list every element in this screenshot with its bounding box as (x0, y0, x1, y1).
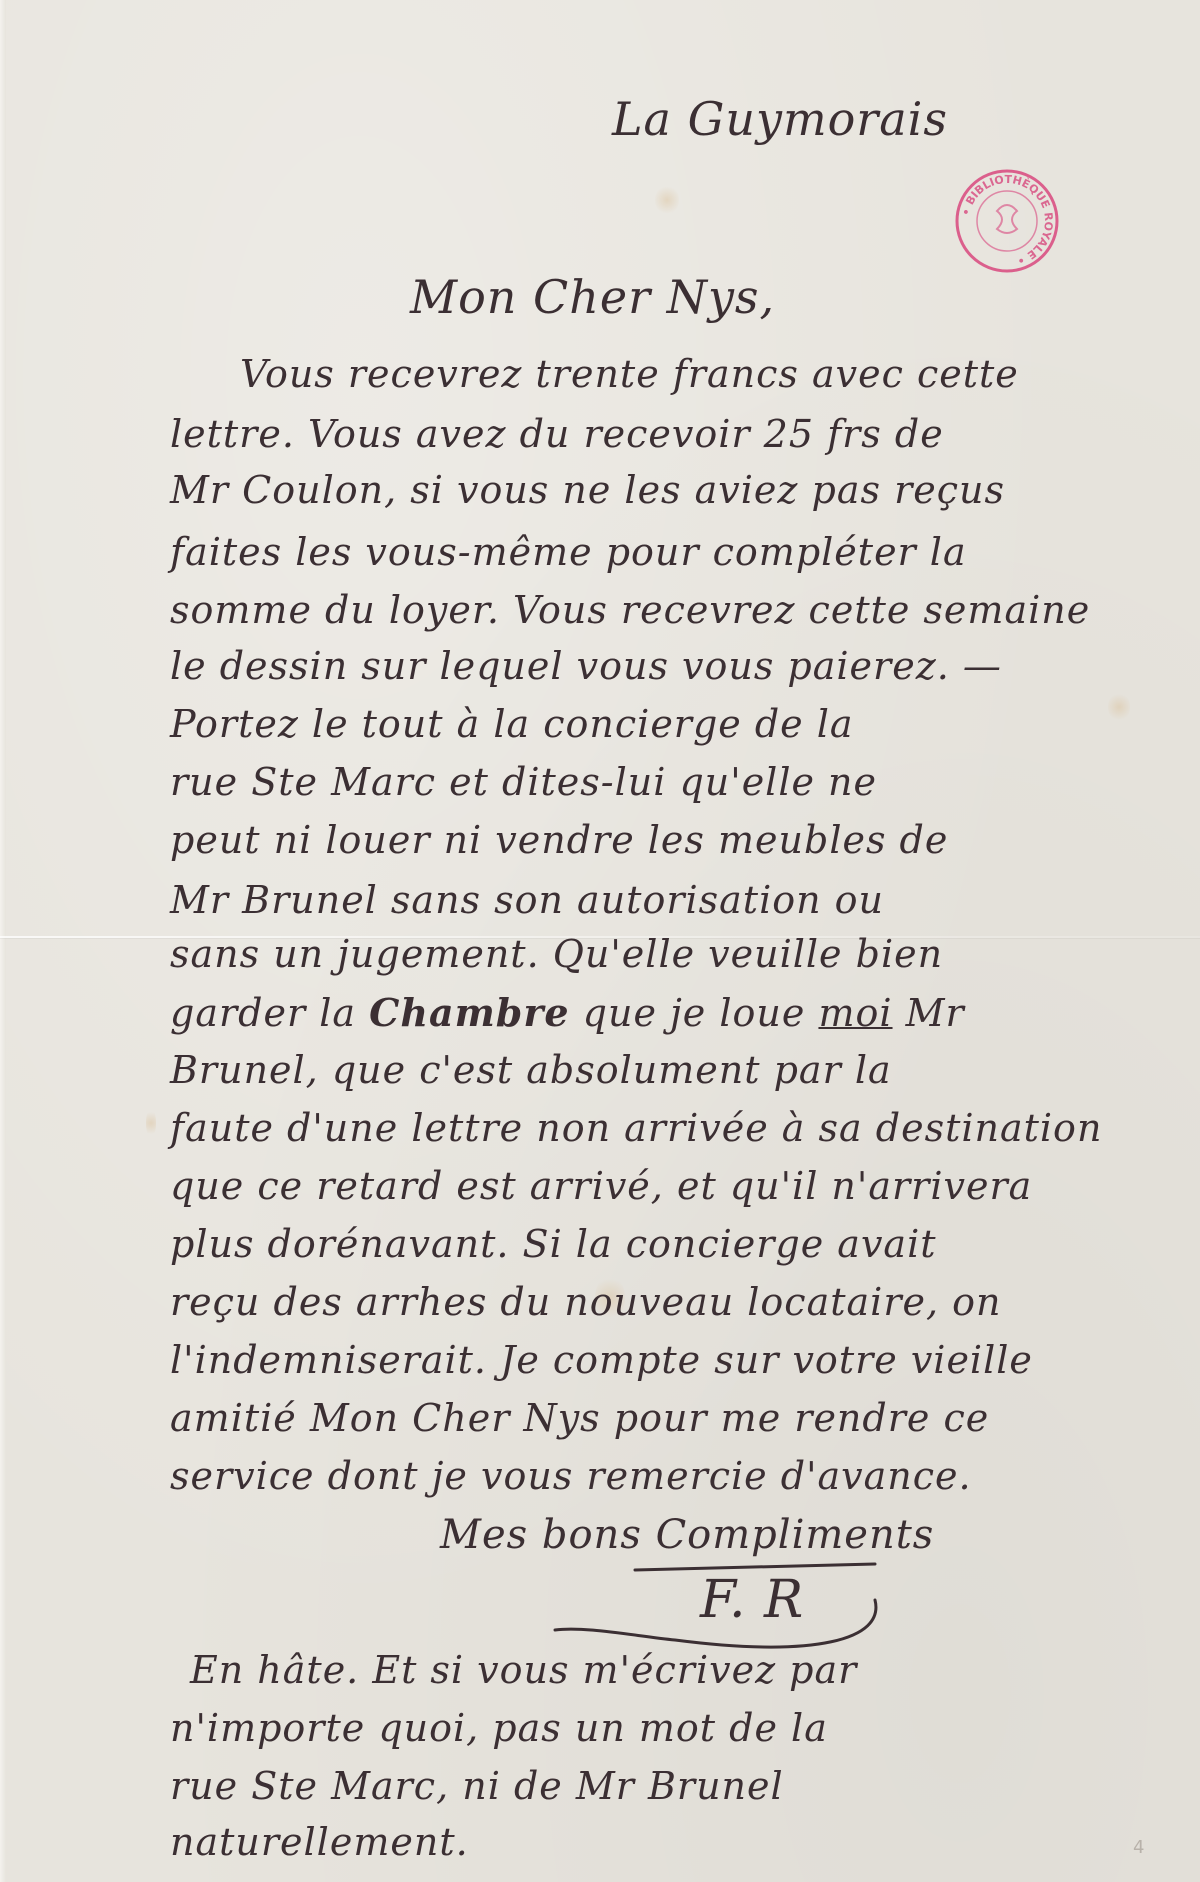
body-line-text: que je loue (570, 991, 819, 1035)
emphasized-word: Chambre (369, 990, 569, 1035)
body-line: reçu des arrhes du nouveau locataire, on (170, 1280, 1002, 1324)
body-line-text: Mr (893, 991, 965, 1035)
body-line: Vous recevrez trente francs avec cette (240, 352, 1019, 396)
body-line: Mr Coulon, si vous ne les aviez pas reçu… (170, 468, 1005, 512)
underlined-word: moi (818, 991, 892, 1035)
svg-text:• BIBLIOTHÈQUE ROYALE •: • BIBLIOTHÈQUE ROYALE • (959, 173, 1055, 267)
signature-flourish-icon (545, 1540, 1085, 1660)
postscript-line: En hâte. Et si vous m'écrivez par (190, 1648, 857, 1692)
body-line: garder la Chambre que je loue moi Mr (170, 990, 965, 1035)
body-line: somme du loyer. Vous recevrez cette sema… (170, 588, 1090, 632)
body-line: faites les vous-même pour compléter la (170, 530, 967, 574)
body-line: le dessin sur lequel vous vous paierez. … (170, 644, 1002, 688)
library-stamp: • BIBLIOTHÈQUE ROYALE • (952, 166, 1062, 276)
letter-place: La Guymorais (612, 92, 948, 146)
body-line-text: garder la (170, 991, 369, 1035)
foxing-spot (655, 185, 679, 215)
foxing-spot (1108, 692, 1130, 722)
body-line: que ce retard est arrivé, et qu'il n'arr… (170, 1164, 1032, 1208)
paper-edge (0, 0, 6, 1882)
body-line: service dont je vous remercie d'avance. (170, 1454, 972, 1498)
foxing-spot (146, 1108, 156, 1138)
body-line: Brunel, que c'est absolument par la (170, 1048, 892, 1092)
body-line: amitié Mon Cher Nys pour me rendre ce (170, 1396, 989, 1440)
stamp-seal-icon: • BIBLIOTHÈQUE ROYALE • (952, 166, 1062, 276)
body-line: sans un jugement. Qu'elle veuille bien (170, 932, 943, 976)
postscript-line: n'importe quoi, pas un mot de la (170, 1706, 828, 1750)
postscript-line: rue Ste Marc, ni de Mr Brunel (170, 1764, 784, 1808)
body-line: rue Ste Marc et dites-lui qu'elle ne (170, 760, 877, 804)
body-line: Portez le tout à la concierge de la (170, 702, 854, 746)
body-line: faute d'une lettre non arrivée à sa dest… (170, 1106, 1102, 1150)
folio-number: 4 (1133, 1837, 1144, 1858)
postscript-line: naturellement. (170, 1820, 469, 1864)
body-line: l'indemniserait. Je compte sur votre vie… (170, 1338, 1033, 1382)
body-line: Mr Brunel sans son autorisation ou (170, 878, 884, 922)
body-line: peut ni louer ni vendre les meubles de (170, 818, 948, 862)
salutation: Mon Cher Nys, (410, 270, 775, 324)
body-line: lettre. Vous avez du recevoir 25 frs de (170, 412, 944, 456)
body-line: plus dorénavant. Si la concierge avait (170, 1222, 937, 1266)
letter-page: La Guymorais • BIBLIOTHÈQUE ROYALE • Mon… (0, 0, 1200, 1882)
